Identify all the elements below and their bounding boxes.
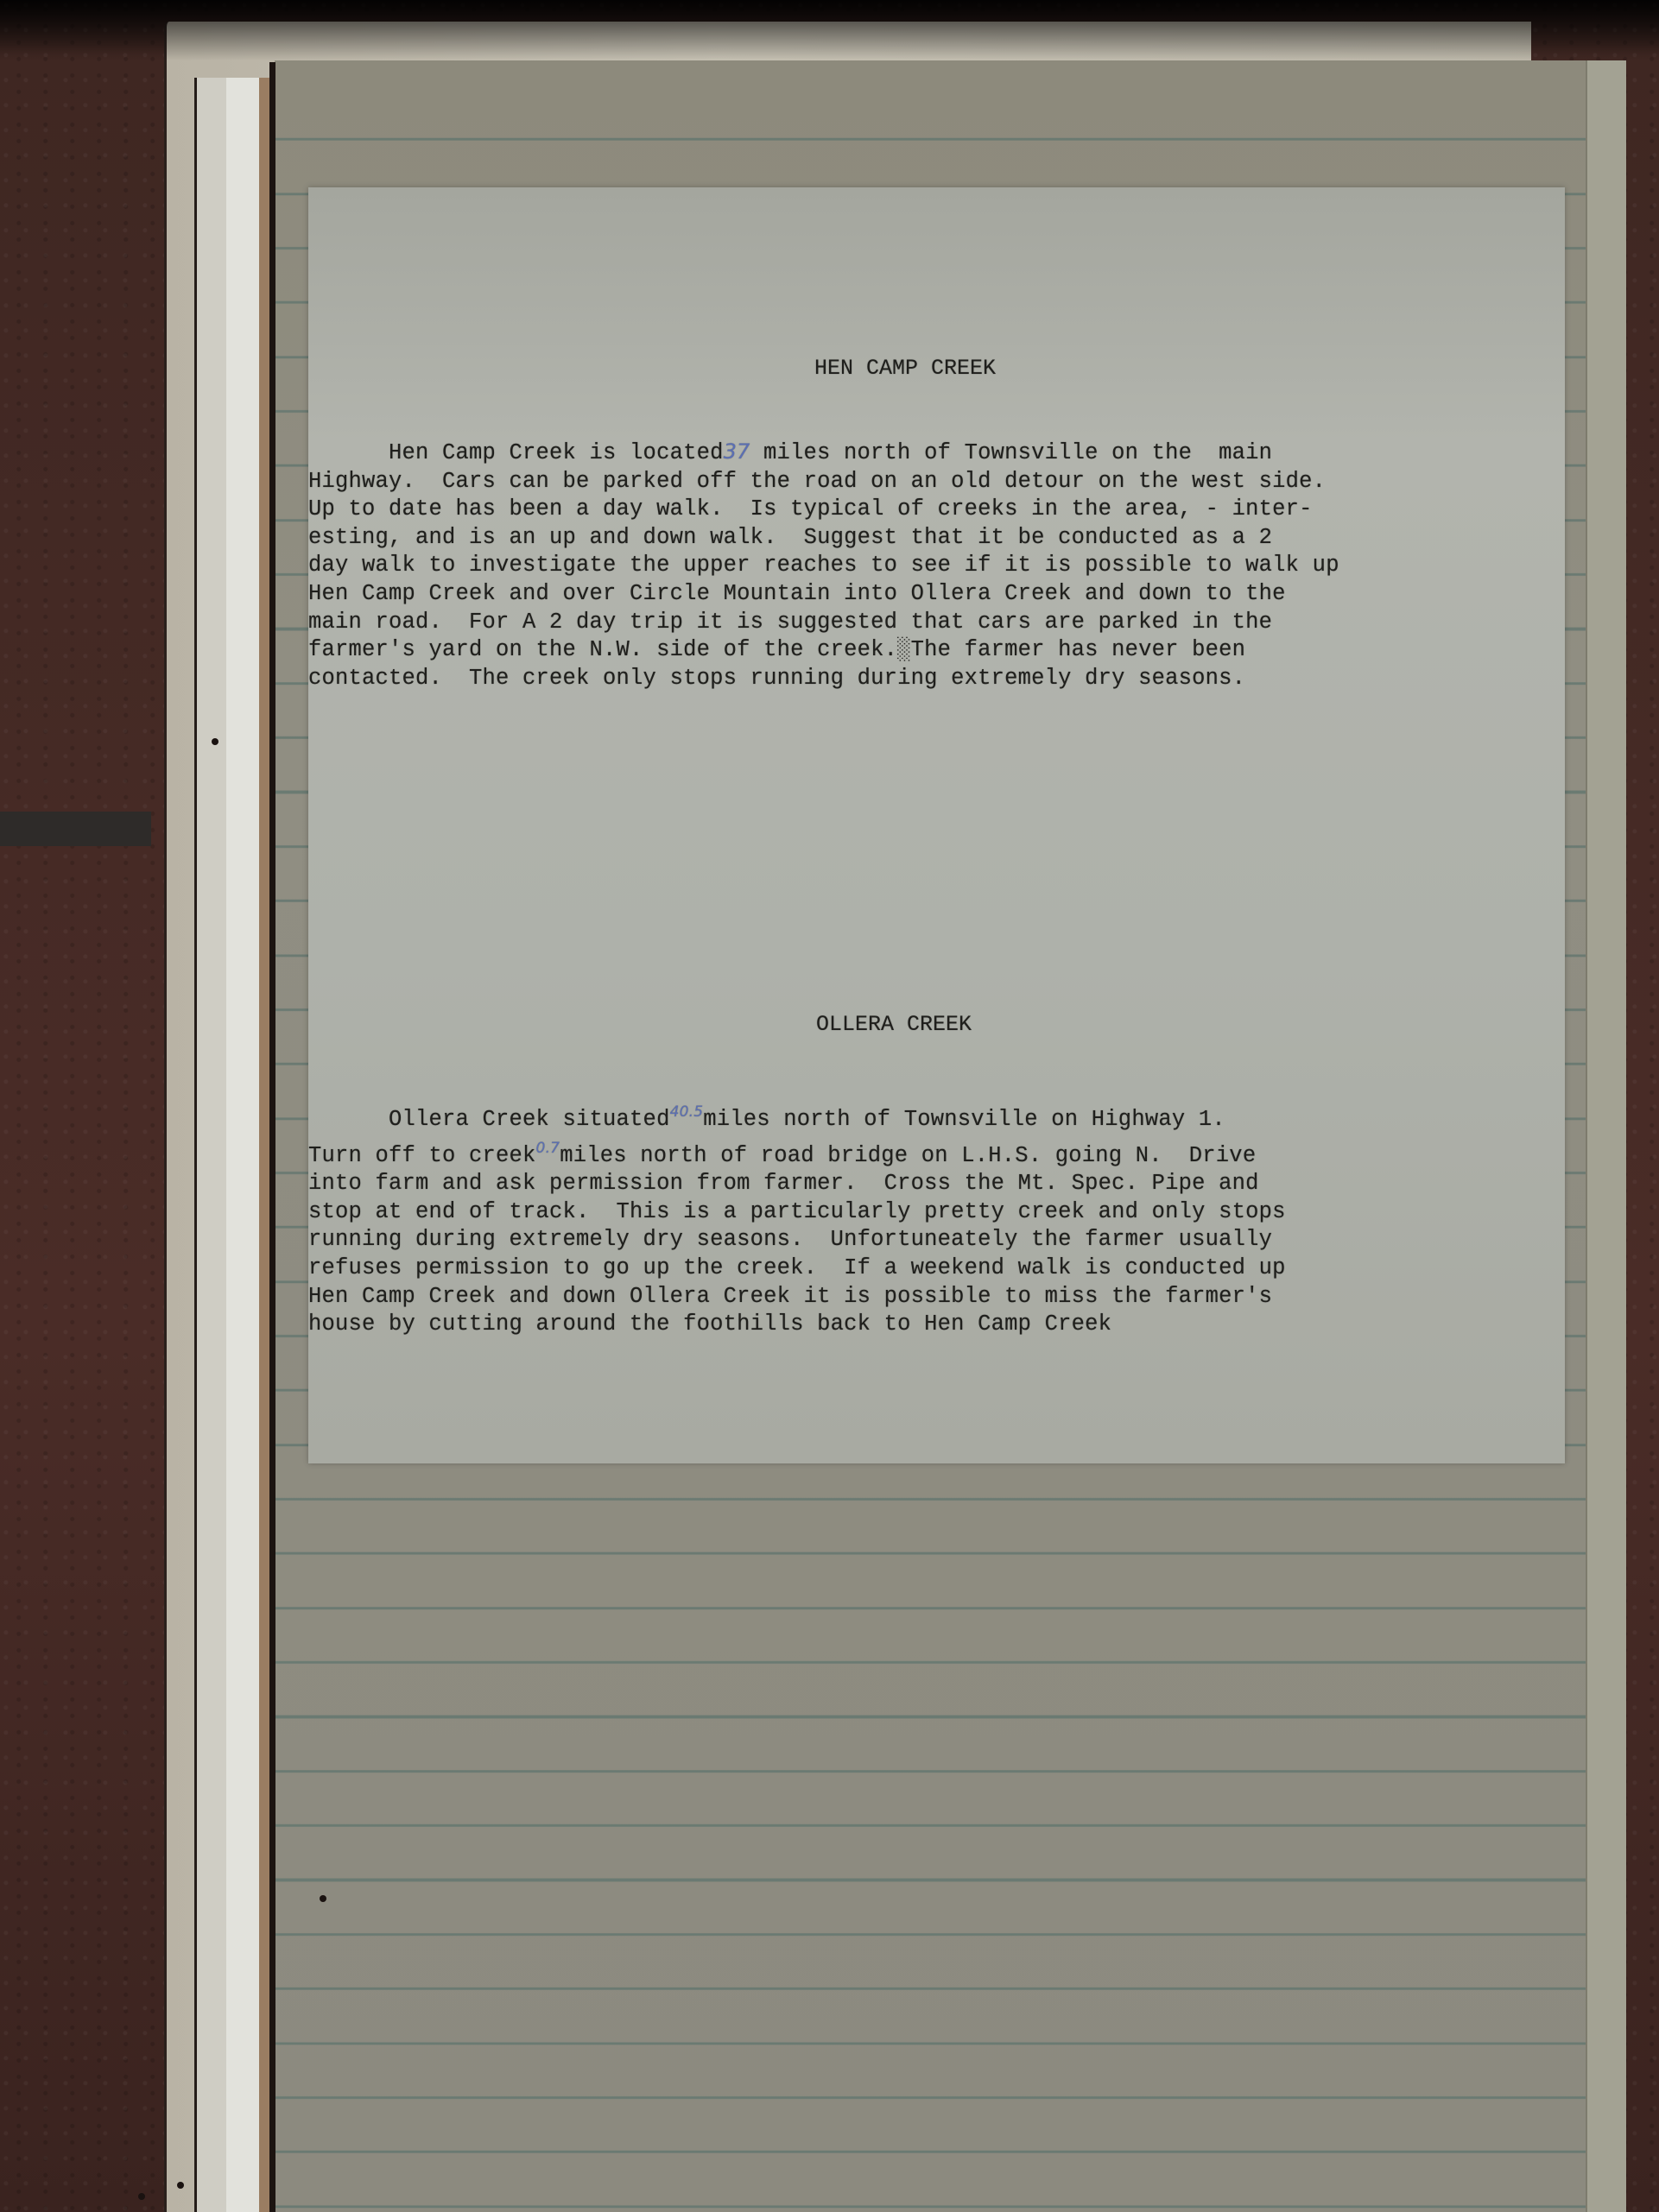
typed-text: Hen Camp Creek and down Ollera Creek it … <box>308 1284 1272 1309</box>
page-spine <box>269 62 275 2212</box>
typed-text: Up to date has been a day walk. Is typic… <box>308 496 1313 521</box>
section-title-hen-camp-creek: HEN CAMP CREEK <box>814 356 996 381</box>
brick-mortar-line <box>0 812 151 846</box>
typed-line: esting, and is an up and down walk. Sugg… <box>308 524 1339 553</box>
typed-text: miles north of road bridge on L.H.S. goi… <box>560 1143 1256 1168</box>
typed-text: miles north of Townsville on the main <box>750 440 1273 465</box>
tack-hole <box>320 1895 326 1902</box>
section-body-ollera-creek: Ollera Creek situated40.5miles north of … <box>308 1098 1286 1339</box>
typed-line: Turn off to creek0.7miles north of road … <box>308 1134 1286 1171</box>
section-title-ollera-creek: OLLERA CREEK <box>816 1012 972 1037</box>
typed-line: contacted. The creek only stops running … <box>308 665 1339 693</box>
typed-text: Highway. Cars can be parked off the road… <box>308 469 1326 494</box>
typed-text: farmer's yard on the N.W. side of the cr… <box>308 637 1245 662</box>
handwritten-annotation: 0.7 <box>536 1140 560 1157</box>
tack-hole <box>212 738 218 745</box>
torn-page-edge-inner <box>226 78 263 2212</box>
handwritten-annotation: 37 <box>724 439 750 464</box>
typed-text: contacted. The creek only stops running … <box>308 666 1245 691</box>
typed-line: Up to date has been a day walk. Is typic… <box>308 496 1339 524</box>
typed-line: Ollera Creek situated40.5miles north of … <box>308 1098 1286 1134</box>
typed-text: miles north of Townsville on Highway 1. <box>703 1107 1225 1132</box>
typed-line: day walk to investigate the upper reache… <box>308 552 1339 580</box>
typed-line: refuses permission to go up the creek. I… <box>308 1255 1286 1283</box>
typed-line: stop at end of track. This is a particul… <box>308 1198 1286 1227</box>
typed-line: Hen Camp Creek is located37 miles north … <box>308 438 1339 468</box>
typed-text: refuses permission to go up the creek. I… <box>308 1255 1286 1280</box>
typed-text: running during extremely dry seasons. Un… <box>308 1227 1272 1252</box>
typed-text: Ollera Creek situated <box>308 1107 670 1132</box>
typed-text: Turn off to creek <box>308 1143 536 1168</box>
typed-line: house by cutting around the foothills ba… <box>308 1311 1286 1339</box>
page-right-margin <box>1586 60 1626 2212</box>
handwritten-annotation: 40.5 <box>670 1103 704 1121</box>
tack-hole <box>177 2182 184 2189</box>
typed-line: running during extremely dry seasons. Un… <box>308 1226 1286 1255</box>
typed-text: stop at end of track. This is a particul… <box>308 1199 1286 1224</box>
typed-text: Hen Camp Creek and over Circle Mountain … <box>308 581 1286 606</box>
typed-text: house by cutting around the foothills ba… <box>308 1311 1111 1337</box>
typed-line: main road. For A 2 day trip it is sugges… <box>308 609 1339 637</box>
top-shadow <box>0 0 1659 60</box>
typed-line: Highway. Cars can be parked off the road… <box>308 468 1339 496</box>
typed-line: Hen Camp Creek and over Circle Mountain … <box>308 580 1339 609</box>
typed-text: main road. For A 2 day trip it is sugges… <box>308 610 1272 635</box>
pasted-typed-sheet: HEN CAMP CREEK Hen Camp Creek is located… <box>308 187 1565 1463</box>
typed-text: Hen Camp Creek is located <box>308 440 724 465</box>
typed-line: Hen Camp Creek and down Ollera Creek it … <box>308 1283 1286 1311</box>
typed-text: esting, and is an up and down walk. Sugg… <box>308 525 1272 550</box>
typed-line: farmer's yard on the N.W. side of the cr… <box>308 636 1339 665</box>
typed-text: day walk to investigate the upper reache… <box>308 553 1339 578</box>
tack-hole <box>138 2193 145 2200</box>
typed-line: into farm and ask permission from farmer… <box>308 1170 1286 1198</box>
typed-text: into farm and ask permission from farmer… <box>308 1171 1259 1196</box>
section-body-hen-camp-creek: Hen Camp Creek is located37 miles north … <box>308 438 1339 692</box>
